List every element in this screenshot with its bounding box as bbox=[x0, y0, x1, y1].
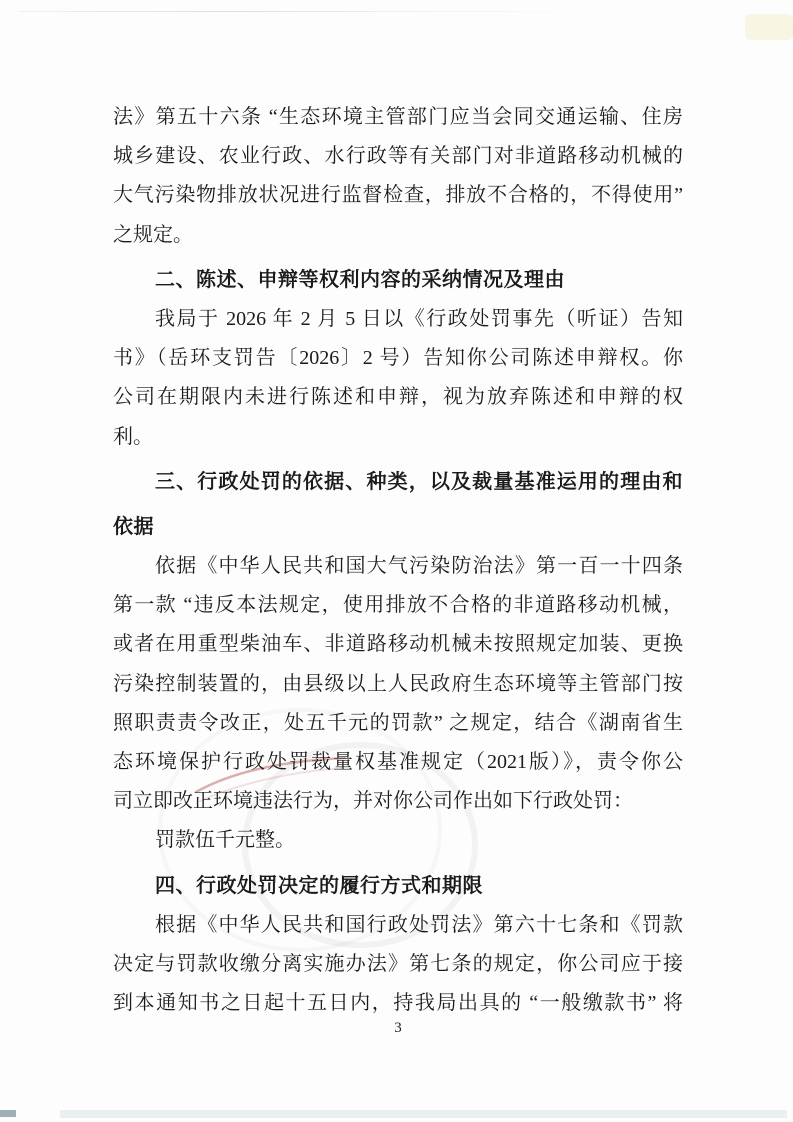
document-line: 公司在期限内未进行陈述和申辩，视为放弃陈述和申辩的权 bbox=[113, 378, 683, 417]
document-line: 我局于 2026 年 2 月 5 日以《行政处罚事先（听证）告知 bbox=[113, 300, 683, 339]
document-line: 照职责责令改正，处五千元的罚款” 之规定，结合《湖南省生 bbox=[113, 704, 683, 743]
document-line: 利。 bbox=[113, 418, 683, 457]
document-line: 或者在用重型柴油车、非道路移动机械未按照规定加装、更换 bbox=[113, 625, 683, 664]
scan-artifact-top-line bbox=[20, 11, 620, 12]
document-line: 法》第五十六条 “生态环境主管部门应当会同交通运输、住房 bbox=[113, 98, 683, 137]
document-line: 城乡建设、农业行政、水行政等有关部门对非道路移动机械的 bbox=[113, 137, 683, 176]
document-line: 之规定。 bbox=[113, 216, 683, 255]
document-line: 罚款伍千元整。 bbox=[113, 821, 683, 860]
document-line: 第一款 “违反本法规定，使用排放不合格的非道路移动机械， bbox=[113, 586, 683, 625]
document-line: 到本通知书之日起十五日内，持我局出具的 “一般缴款书” 将 bbox=[113, 984, 683, 1023]
scan-artifact-bottom-edge bbox=[60, 1110, 787, 1118]
document-page: 法》第五十六条 “生态环境主管部门应当会同交通运输、住房城乡建设、农业行政、水行… bbox=[0, 0, 793, 1122]
page-number: 3 bbox=[113, 1020, 683, 1037]
document-line: 决定与罚款收缴分离实施办法》第七条的规定，你公司应于接 bbox=[113, 945, 683, 984]
scan-artifact-top-right-tint bbox=[745, 14, 793, 40]
document-line: 司立即改正环境违法行为，并对你公司作出如下行政处罚： bbox=[113, 782, 683, 821]
section-heading: 依据 bbox=[113, 508, 683, 547]
scan-artifact-corner-mark bbox=[0, 1110, 16, 1117]
document-line: 依据《中华人民共和国大气污染防治法》第一百一十四条 bbox=[113, 547, 683, 586]
document-line: 大气污染物排放状况进行监督检查，排放不合格的，不得使用” bbox=[113, 176, 683, 215]
document-line: 书》（岳环支罚告〔2026〕2 号）告知你公司陈述申辩权。你 bbox=[113, 339, 683, 378]
document-text-block: 法》第五十六条 “生态环境主管部门应当会同交通运输、住房城乡建设、农业行政、水行… bbox=[113, 98, 683, 1023]
document-line: 根据《中华人民共和国行政处罚法》第六十七条和《罚款 bbox=[113, 906, 683, 945]
document-line: 污染控制装置的，由县级以上人民政府生态环境等主管部门按 bbox=[113, 665, 683, 704]
section-heading: 二、陈述、申辩等权利内容的采纳情况及理由 bbox=[113, 261, 683, 300]
section-heading: 四、行政处罚决定的履行方式和期限 bbox=[113, 867, 683, 906]
section-heading: 三、行政处罚的依据、种类，以及裁量基准运用的理由和 bbox=[113, 463, 683, 502]
document-line: 态环境保护行政处罚裁量权基准规定（2021版）》，责令你公 bbox=[113, 743, 683, 782]
